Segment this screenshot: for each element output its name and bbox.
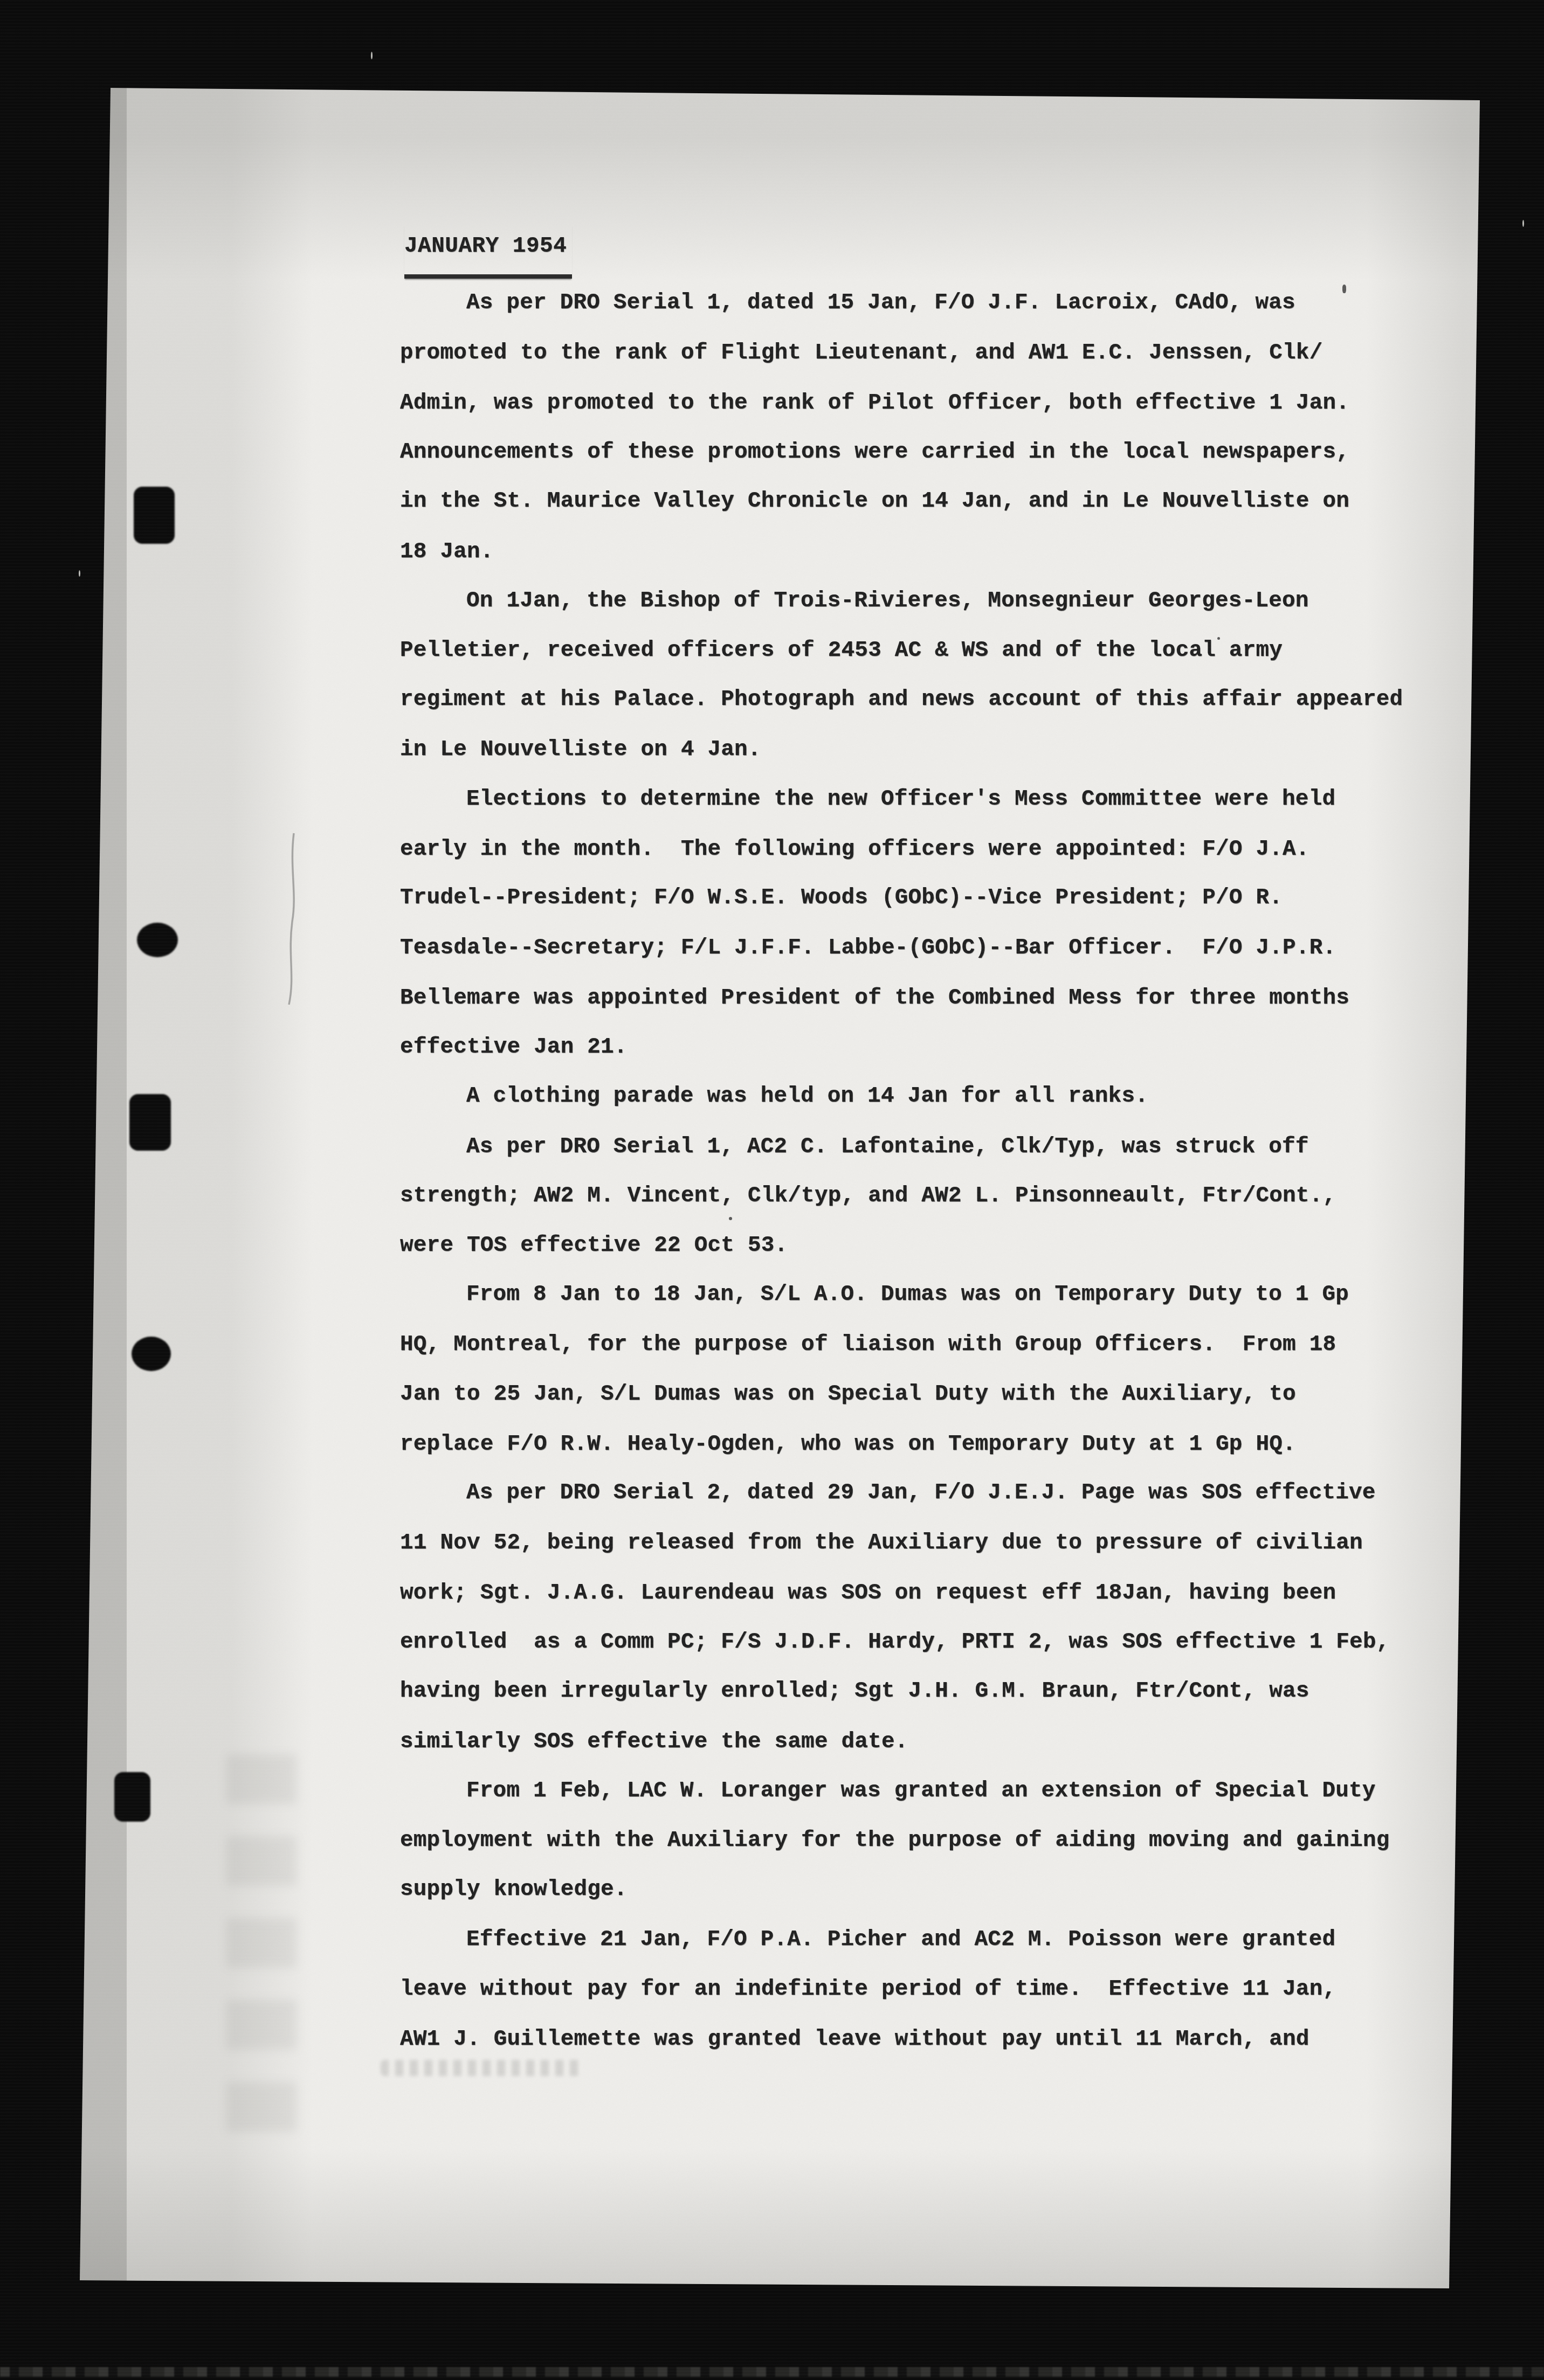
text-line: in the St. Maurice Valley Chronicle on 1…: [400, 476, 1467, 526]
dust-speck: [1522, 220, 1524, 227]
text-line: similarly SOS effective the same date.: [400, 1717, 1467, 1767]
text-line: Elections to determine the new Officer's…: [400, 774, 1467, 824]
punch-hole: [114, 1772, 150, 1822]
scanner-edge-strip: [0, 2367, 1544, 2377]
binder-dot: [132, 1337, 171, 1371]
text-line: Effective 21 Jan, F/O P.A. Picher and AC…: [400, 1915, 1467, 1964]
ink-speck: [1217, 637, 1220, 640]
document-page: JANUARY 1954 As per DRO Serial 1, dated …: [0, 0, 1544, 2380]
text-line: From 8 Jan to 18 Jan, S/L A.O. Dumas was…: [400, 1270, 1467, 1319]
text-line: supply knowledge.: [400, 1865, 1467, 1914]
text-line: in Le Nouvelliste on 4 Jan.: [400, 725, 1467, 774]
page-title: JANUARY 1954: [404, 225, 572, 279]
faded-ink-artifact: [381, 2060, 581, 2076]
text-line: work; Sgt. J.A.G. Laurendeau was SOS on …: [400, 1568, 1467, 1618]
document-text: JANUARY 1954 As per DRO Serial 1, dated …: [400, 225, 1467, 2064]
text-line: A clothing parade was held on 14 Jan for…: [400, 1071, 1467, 1121]
text-line: 11 Nov 52, being released from the Auxil…: [400, 1518, 1467, 1568]
text-line: promoted to the rank of Flight Lieutenan…: [400, 328, 1467, 378]
text-line: employment with the Auxiliary for the pu…: [400, 1816, 1467, 1865]
text-line: Admin, was promoted to the rank of Pilot…: [400, 378, 1467, 428]
text-line: Pelletier, received officers of 2453 AC …: [400, 626, 1467, 675]
text-line: regiment at his Palace. Photograph and n…: [400, 675, 1467, 724]
text-line: AW1 J. Guillemette was granted leave wit…: [400, 2015, 1467, 2064]
scanned-page-canvas: JANUARY 1954 As per DRO Serial 1, dated …: [0, 0, 1544, 2380]
text-line: early in the month. The following office…: [400, 825, 1467, 874]
text-line: effective Jan 21.: [400, 1022, 1467, 1072]
punch-hole: [129, 1094, 171, 1151]
text-line: On 1Jan, the Bishop of Trois-Rivieres, M…: [400, 576, 1467, 626]
text-line: Bellemare was appointed President of the…: [400, 973, 1467, 1023]
text-line: Teasdale--Secretary; F/L J.F.F. Labbe-(G…: [400, 923, 1467, 973]
text-line: replace F/O R.W. Healy-Ogden, who was on…: [400, 1420, 1467, 1469]
text-line: 18 Jan.: [400, 527, 1467, 577]
text-line: strength; AW2 M. Vincent, Clk/typ, and A…: [400, 1171, 1467, 1221]
binder-dot: [137, 923, 178, 957]
crease-hairline-artifact: [272, 830, 321, 1008]
ink-speck: [1342, 285, 1346, 293]
text-line: were TOS effective 22 Oct 53.: [400, 1221, 1467, 1270]
text-line: As per DRO Serial 2, dated 29 Jan, F/O J…: [400, 1468, 1467, 1518]
punch-hole: [134, 487, 175, 544]
text-line: From 1 Feb, LAC W. Loranger was granted …: [400, 1766, 1467, 1816]
text-line: As per DRO Serial 1, AC2 C. Lafontaine, …: [400, 1122, 1467, 1172]
text-line: enrolled as a Comm PC; F/S J.D.F. Hardy,…: [400, 1617, 1467, 1667]
text-line: leave without pay for an indefinite peri…: [400, 1964, 1467, 2014]
text-line: having been irregularly enrolled; Sgt J.…: [400, 1666, 1467, 1716]
text-line: Trudel--President; F/O W.S.E. Woods (GOb…: [400, 873, 1467, 923]
text-line: As per DRO Serial 1, dated 15 Jan, F/O J…: [400, 278, 1467, 328]
text-line: Announcements of these promotions were c…: [400, 427, 1467, 477]
document-body: As per DRO Serial 1, dated 15 Jan, F/O J…: [400, 279, 1467, 2064]
text-line: Jan to 25 Jan, S/L Dumas was on Special …: [400, 1369, 1467, 1419]
bleed-through-smudge: [226, 1754, 297, 2148]
dust-speck: [371, 52, 373, 59]
ink-speck: [729, 1217, 732, 1220]
text-line: HQ, Montreal, for the purpose of liaison…: [400, 1320, 1467, 1369]
dust-speck: [79, 570, 80, 577]
